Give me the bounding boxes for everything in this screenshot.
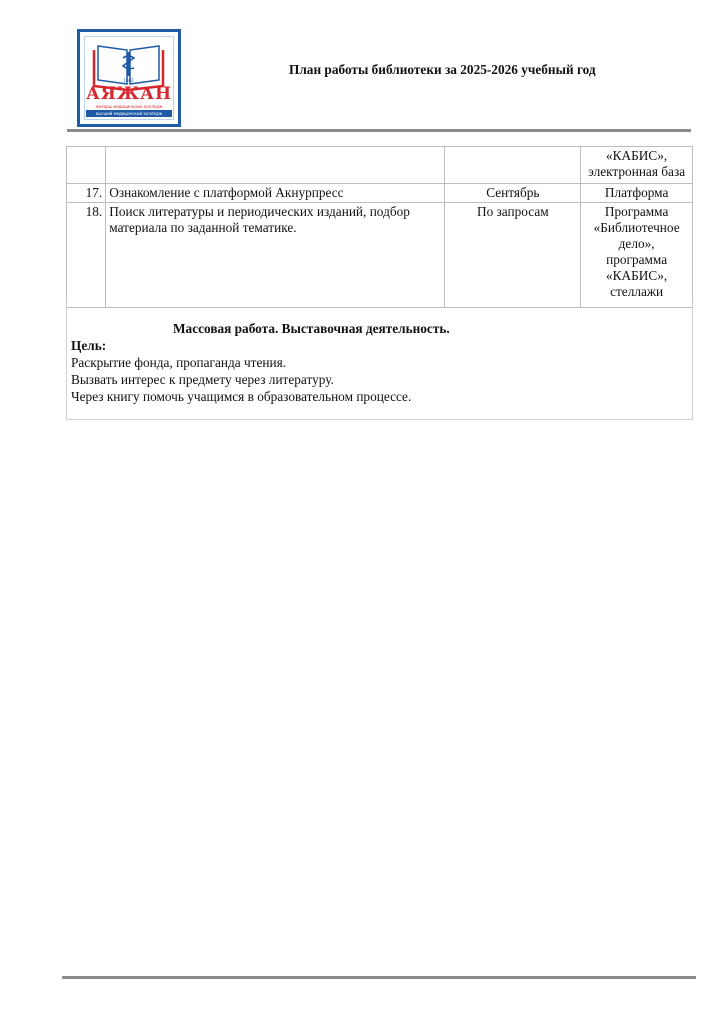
table-row: 17. Ознакомление с платформой Акнурпресс… [67,184,693,203]
resource-line: «КАБИС», [584,268,689,284]
logo-subtitle-kz: жоғары медициналық колледж [80,104,178,109]
logo-name: АЯЖАН [80,85,178,103]
resource-line: электронная база [584,164,689,180]
page-title: План работы библиотеки за 2025-2026 учеб… [289,62,596,78]
row-period [445,147,581,184]
goal-list: Раскрытие фонда, пропаганда чтения. Вызв… [71,354,411,405]
resource-line: Платформа [584,185,689,201]
goal-item: Через книгу помочь учащимся в образовате… [71,388,411,405]
resource-line: программа [584,252,689,268]
row-activity [106,147,445,184]
table-row: «КАБИС», электронная база [67,147,693,184]
footer-divider [62,976,696,979]
college-logo: 1962 АЯЖАН жоғары медициналық колледж вы… [77,29,181,127]
goal-item: Раскрытие фонда, пропаганда чтения. [71,354,411,371]
row-resources: Платформа [581,184,693,203]
row-number: 17. [67,184,106,203]
resource-line: дело», [584,236,689,252]
resource-line: «Библиотечное [584,220,689,236]
goal-item: Вызвать интерес к предмету через литерат… [71,371,411,388]
row-period: По запросам [445,203,581,308]
row-period: Сентябрь [445,184,581,203]
resource-line: «КАБИС», [584,148,689,164]
goal-label: Цель: [71,337,106,354]
resource-line: стеллажи [584,284,689,300]
row-number: 18. [67,203,106,308]
section-mass-work: Массовая работа. Выставочная деятельност… [66,302,693,420]
svg-text:1962: 1962 [123,78,134,83]
row-resources: «КАБИС», электронная база [581,147,693,184]
row-activity: Ознакомление с платформой Акнурпресс [106,184,445,203]
logo-subtitle-ru: высший медицинский колледж [86,110,172,117]
row-resources: Программа «Библиотечное дело», программа… [581,203,693,308]
header-divider [67,129,691,132]
plan-table: «КАБИС», электронная база 17. Ознакомлен… [66,146,693,308]
row-activity: Поиск литературы и периодических изданий… [106,203,445,308]
resource-line: Программа [584,204,689,220]
section-title: Массовая работа. Выставочная деятельност… [173,320,450,337]
row-number [67,147,106,184]
table-row: 18. Поиск литературы и периодических изд… [67,203,693,308]
